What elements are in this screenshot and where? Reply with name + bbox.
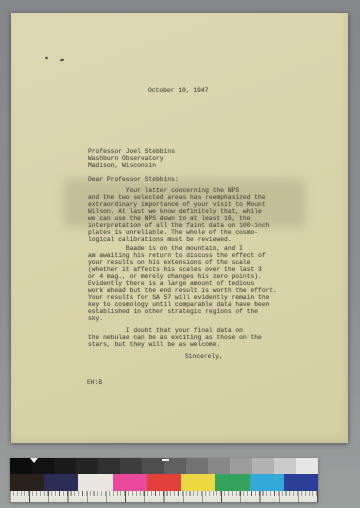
- grayscale-swatch: [274, 458, 296, 474]
- grayscale-swatch: [98, 458, 120, 474]
- salutation: Dear Professor Stebbins:: [88, 176, 179, 183]
- grayscale-swatch: [54, 458, 76, 474]
- grayscale-swatch: [296, 458, 318, 474]
- color-swatch: [10, 474, 44, 491]
- typist-initials: EH:B: [87, 379, 102, 386]
- closing: Sincerely,: [185, 353, 223, 360]
- grayscale-swatch: [142, 458, 164, 474]
- registration-mark: [30, 458, 38, 463]
- color-swatch: [284, 474, 318, 491]
- color-swatch: [78, 474, 112, 491]
- grayscale-swatch: [120, 458, 142, 474]
- ink-speck: [45, 57, 49, 60]
- color-swatch: [215, 474, 249, 491]
- grayscale-swatch: [186, 458, 208, 474]
- color-swatch: [113, 474, 147, 491]
- color-swatch: [44, 474, 78, 491]
- grayscale-swatch: [208, 458, 230, 474]
- color-swatch: [181, 474, 215, 491]
- ink-speck: [60, 59, 64, 62]
- color-calibration-bar: [10, 458, 318, 502]
- color-swatch: [147, 474, 181, 491]
- letter-date: October 10, 1947: [148, 87, 208, 94]
- grayscale-swatch: [76, 458, 98, 474]
- letter-paragraph-2: Baade is on the mountain, and I am await…: [88, 245, 277, 322]
- ruler-strip: [10, 491, 318, 502]
- letter-page: October 10, 1947 Professor Joel Stebbins…: [11, 13, 348, 443]
- recipient-address: Professor Joel Stebbins Washburn Observa…: [88, 148, 175, 169]
- registration-mark: [162, 459, 169, 461]
- color-patch-strip: [10, 474, 318, 491]
- grayscale-swatch: [230, 458, 252, 474]
- grayscale-swatch: [10, 458, 32, 474]
- grayscale-swatch: [252, 458, 274, 474]
- letter-paragraph-3: I doubt that your final data on the nebu…: [88, 327, 262, 348]
- letter-paragraph-1: Your letter concerning the NPS and the t…: [88, 187, 269, 243]
- color-swatch: [250, 474, 284, 491]
